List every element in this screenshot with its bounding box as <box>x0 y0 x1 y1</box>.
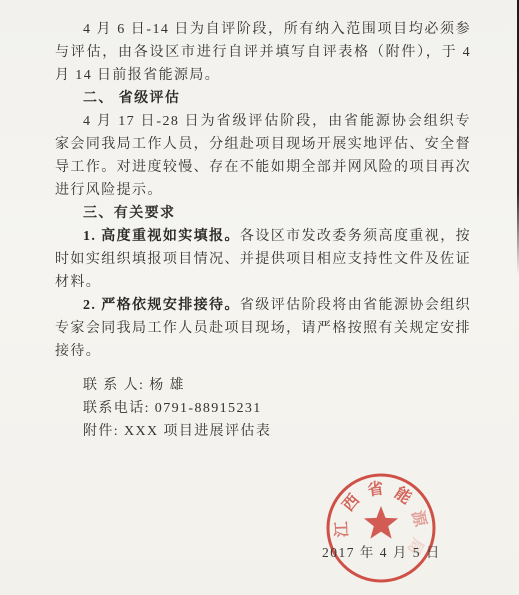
seal-char-5: 源 <box>408 508 431 529</box>
contact-phone-value: 0791-88915231 <box>155 401 262 416</box>
paragraph-provincial-eval-stage: 4 月 17 日-28 日为省级评估阶段，由省能源协会组织专家会同我局工作人员，… <box>55 110 471 202</box>
seal-char-3: 省 <box>366 479 384 499</box>
document-page: 4 月 6 日-14 日为自评阶段，所有纳入范围项目均必须参与评估，由各设区市进… <box>0 0 519 595</box>
paragraph-self-eval-stage: 4 月 6 日-14 日为自评阶段，所有纳入范围项目均必须参与评估，由各设区市进… <box>55 18 471 87</box>
document-body: 4 月 6 日-14 日为自评阶段，所有纳入范围项目均必须参与评估，由各设区市进… <box>55 18 471 443</box>
seal-char-4: 能 <box>391 483 415 508</box>
contact-block: 联 系 人: 杨 雄 联系电话: 0791-88915231 <box>55 374 471 420</box>
contact-phone-line: 联系电话: 0791-88915231 <box>55 397 471 420</box>
requirement-item-2-lead: 2. 严格依规安排接待。 <box>83 298 240 313</box>
contact-person-label: 联 系 人: <box>83 378 149 393</box>
seal-char-2: 西 <box>339 491 363 515</box>
contact-person-line: 联 系 人: 杨 雄 <box>55 374 471 397</box>
requirement-item-1-lead: 1. 高度重视如实填报。 <box>83 229 240 244</box>
issue-date: 2017 年 4 月 5 日 <box>322 541 441 561</box>
contact-person-value: 杨 雄 <box>149 378 185 393</box>
contact-phone-label: 联系电话: <box>83 401 155 416</box>
section-heading-provincial-eval: 二、 省级评估 <box>55 87 471 110</box>
section-heading-requirements: 三、有关要求 <box>55 202 471 225</box>
requirement-item-2: 2. 严格依规安排接待。省级评估阶段将由省能源协会组织专家会同我局工作人员赴项目… <box>55 294 471 363</box>
seal-char-1: 江 <box>333 520 352 539</box>
official-seal: 江 西 省 能 源 局 <box>325 468 440 592</box>
requirement-item-1: 1. 高度重视如实填报。各设区市发改委务须高度重视，按时如实组织填报项目情况、并… <box>55 225 471 294</box>
attachment-line: 附件: XXX 项目进展评估表 <box>55 420 471 443</box>
star-icon <box>364 506 398 539</box>
